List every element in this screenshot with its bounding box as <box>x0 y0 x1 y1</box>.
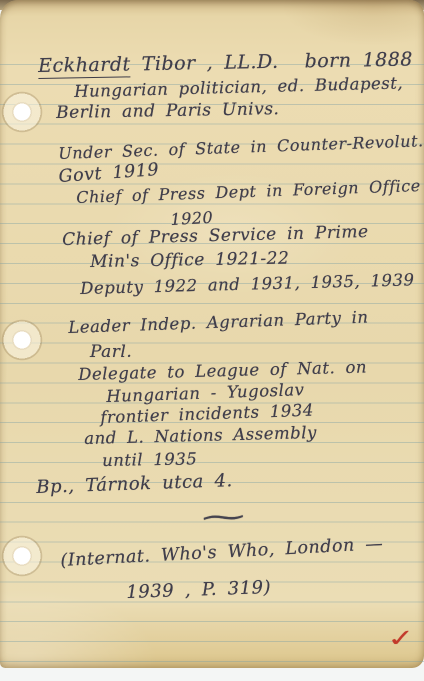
heading-name-rest: Tibor , LL.D. <box>130 51 278 76</box>
note-line: until 1935 <box>102 449 198 470</box>
heading-surname: Eckhardt <box>38 53 131 79</box>
note-line: Min's Office 1921-22 <box>90 249 290 272</box>
squiggle-divider: ~ <box>196 502 252 533</box>
red-checkmark-icon: ✓ <box>386 625 417 653</box>
heading-born: born 1888 <box>304 48 413 72</box>
index-card: Eckhardt Tibor , LL.D.born 1888 Hungaria… <box>0 0 424 668</box>
punch-hole <box>0 318 44 362</box>
note-line: Parl. <box>90 342 132 362</box>
punch-hole <box>0 90 44 134</box>
note-line: Berlin and Paris Univs. <box>56 99 280 123</box>
punch-hole <box>0 534 44 578</box>
